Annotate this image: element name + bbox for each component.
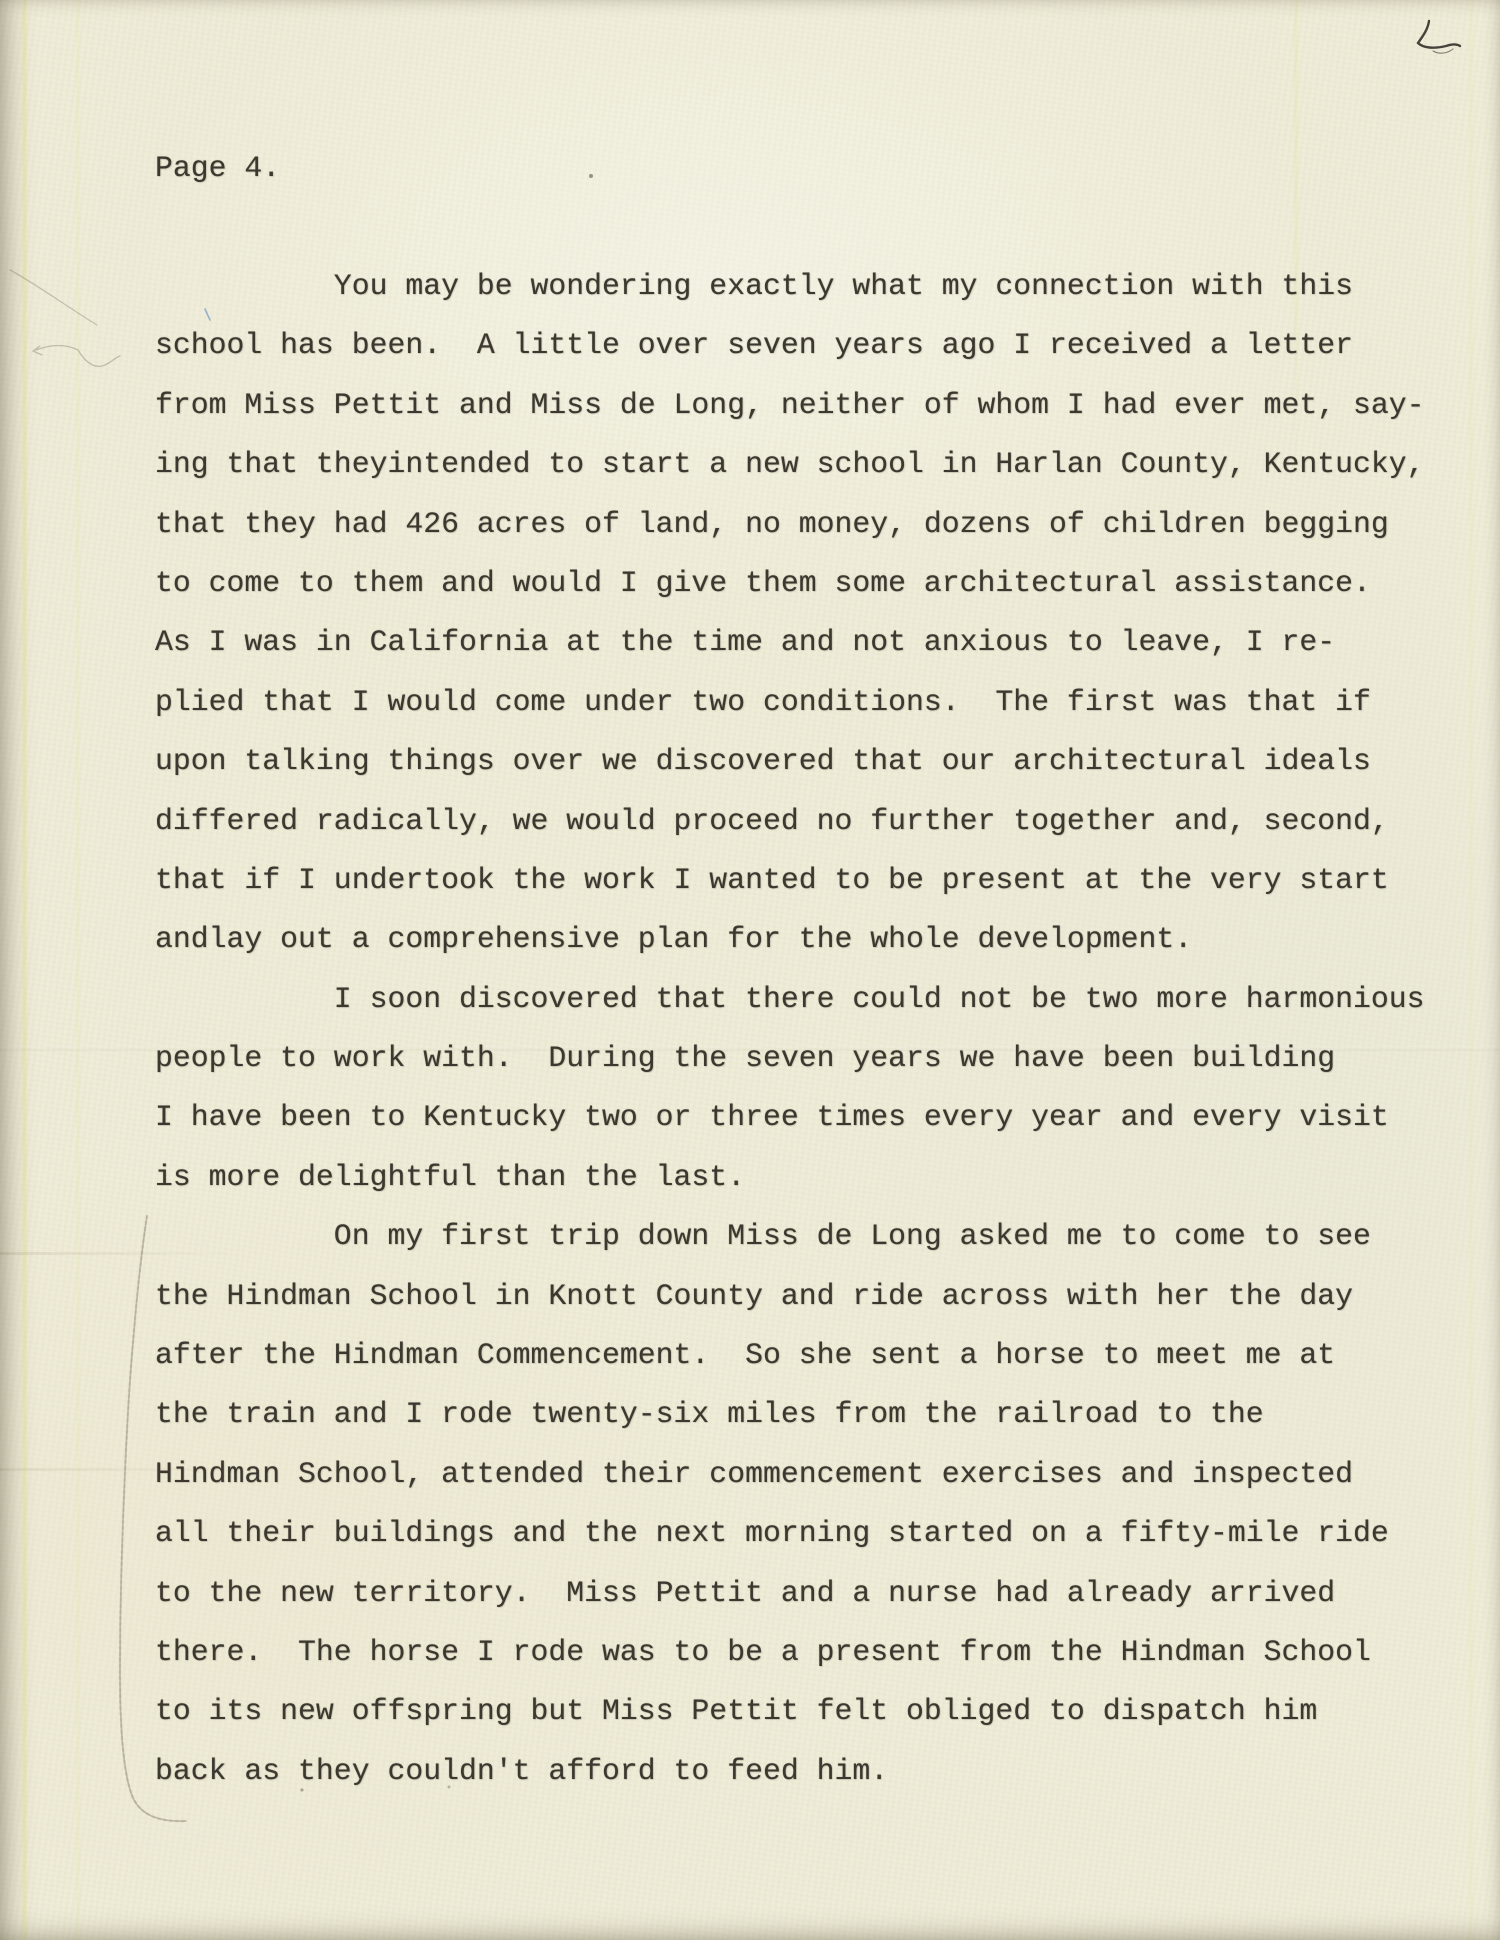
text-line: back as they couldn't afford to feed him…	[155, 1742, 1425, 1801]
pencil-scribble-icon	[33, 346, 120, 367]
ink-check-mark	[1418, 21, 1460, 48]
text-line: plied that I would come under two condit…	[155, 673, 1425, 732]
page-number-label: Page 4.	[155, 150, 280, 186]
scan-streak-right	[1468, 0, 1474, 1940]
text-line: that if I undertook the work I wanted to…	[155, 851, 1425, 910]
text-line: You may be wondering exactly what my con…	[155, 257, 1425, 316]
letter-page: Page 4. You may be wondering exactly wha…	[0, 0, 1500, 1940]
text-line: I soon discovered that there could not b…	[155, 970, 1425, 1029]
scan-streak-left-faint	[75, 0, 81, 1940]
text-line: On my first trip down Miss de Long asked…	[155, 1207, 1425, 1266]
text-line: ing that theyintended to start a new sch…	[155, 435, 1425, 494]
text-line: that they had 426 acres of land, no mone…	[155, 495, 1425, 554]
text-line: differed radically, we would proceed no …	[155, 792, 1425, 851]
text-line: the train and I rode twenty-six miles fr…	[155, 1385, 1425, 1444]
text-line: school has been. A little over seven yea…	[155, 316, 1425, 375]
text-line: to the new territory. Miss Pettit and a …	[155, 1564, 1425, 1623]
text-line: is more delightful than the last.	[155, 1148, 1425, 1207]
text-line: there. The horse I rode was to be a pres…	[155, 1623, 1425, 1682]
paragraph: On my first trip down Miss de Long asked…	[155, 1207, 1425, 1801]
paragraph: You may be wondering exactly what my con…	[155, 257, 1425, 970]
scan-streak-left	[21, 0, 28, 1940]
text-line: upon talking things over we discovered t…	[155, 732, 1425, 791]
text-line: from Miss Pettit and Miss de Long, neith…	[155, 376, 1425, 435]
text-line: As I was in California at the time and n…	[155, 613, 1425, 672]
paragraph: I soon discovered that there could not b…	[155, 970, 1425, 1208]
text-line: I have been to Kentucky two or three tim…	[155, 1088, 1425, 1147]
ink-check-mark-tail	[1433, 49, 1453, 53]
text-line: andlay out a comprehensive plan for the …	[155, 910, 1425, 969]
text-line: all their buildings and the next morning…	[155, 1504, 1425, 1563]
text-line: after the Hindman Commencement. So she s…	[155, 1326, 1425, 1385]
text-line: to come to them and would I give them so…	[155, 554, 1425, 613]
text-line: Hindman School, attended their commencem…	[155, 1445, 1425, 1504]
text-line: to its new offspring but Miss Pettit fel…	[155, 1682, 1425, 1741]
text-line: the Hindman School in Knott County and r…	[155, 1267, 1425, 1326]
text-line: people to work with. During the seven ye…	[155, 1029, 1425, 1088]
paper-speck	[589, 174, 593, 178]
pencil-scratch-diagonal-icon	[10, 270, 97, 325]
letter-body: You may be wondering exactly what my con…	[155, 257, 1425, 1801]
